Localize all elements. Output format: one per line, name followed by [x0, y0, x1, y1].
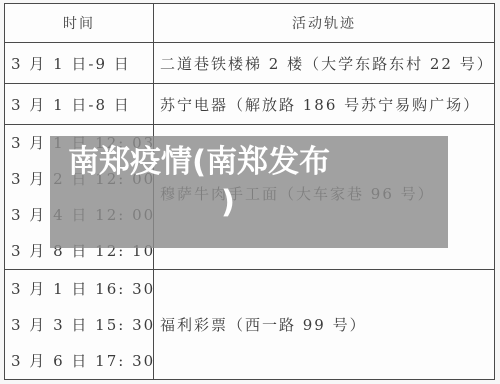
table-header-row: 时间 活动轨迹 [5, 4, 495, 43]
overlay-title: 南郑疫情(南郑发布 ) [68, 142, 408, 222]
header-activity-trail: 活动轨迹 [154, 4, 495, 43]
document-page: 时间 活动轨迹 3 月 1 日-9 日 二道巷铁楼梯 2 楼（大学东路东村 22… [0, 0, 500, 384]
time-entry: 3 月 3 日 15: 30; [11, 307, 153, 343]
header-time: 时间 [5, 4, 154, 43]
time-entry: 3 月 1 日 16: 30; [11, 271, 153, 307]
location-cell: 福利彩票（西一路 99 号） [154, 270, 495, 380]
overlay-title-line1: 南郑疫情(南郑发布 [68, 144, 330, 180]
table-row: 3 月 1 日 16: 30; 3 月 3 日 15: 30; 3 月 6 日 … [5, 270, 495, 380]
table-row: 3 月 1 日-9 日 二道巷铁楼梯 2 楼（大学东路东村 22 号） [5, 43, 495, 84]
location-cell: 苏宁电器（解放路 186 号苏宁易购广场） [154, 84, 495, 125]
table-row: 3 月 1 日-8 日 苏宁电器（解放路 186 号苏宁易购广场） [5, 84, 495, 125]
overlay-title-line2: ) [68, 182, 408, 222]
time-cell: 3 月 1 日-9 日 [5, 43, 154, 84]
time-entry: 3 月 6 日 17: 30 [11, 343, 153, 379]
time-cell: 3 月 1 日 16: 30; 3 月 3 日 15: 30; 3 月 6 日 … [5, 270, 154, 380]
time-cell: 3 月 1 日-8 日 [5, 84, 154, 125]
location-cell: 二道巷铁楼梯 2 楼（大学东路东村 22 号） [154, 43, 495, 84]
